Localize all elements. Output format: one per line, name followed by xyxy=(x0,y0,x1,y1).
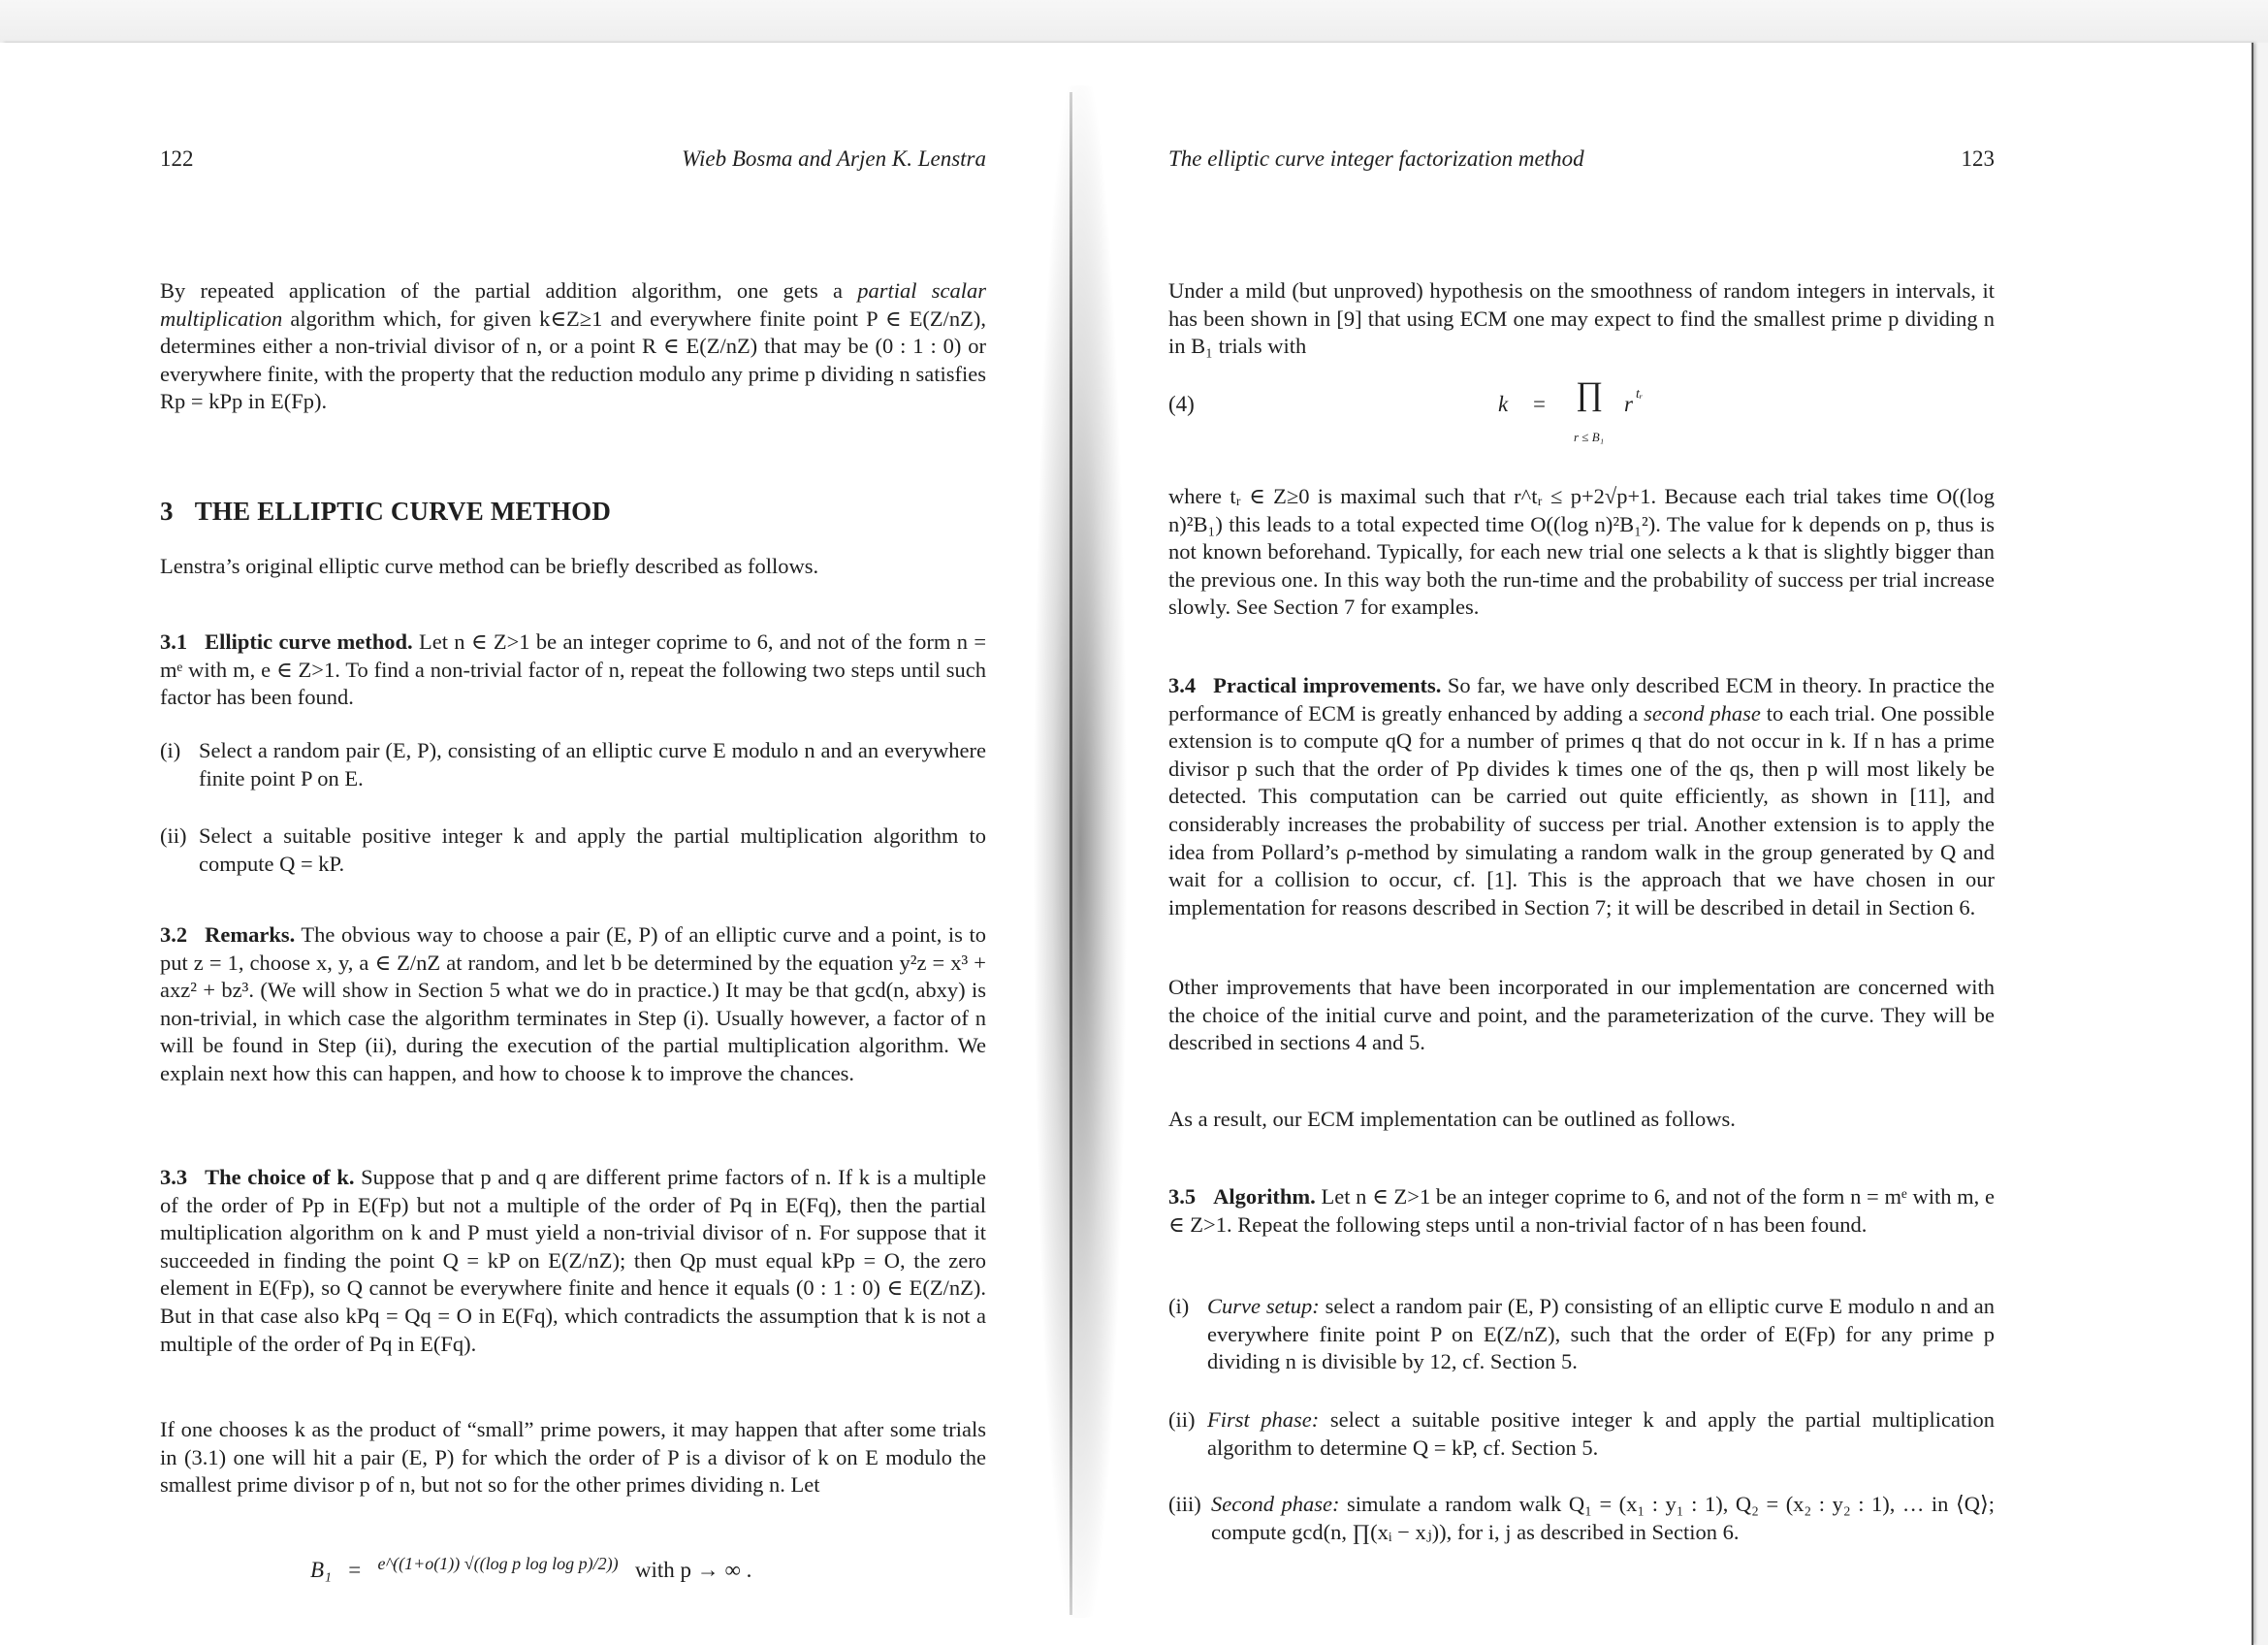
subsection-3-1: 3.1Elliptic curve method. Let n ∈ Z>1 be… xyxy=(160,629,986,712)
equation-4: k = ∏ r ≤ B₁ r tᵣ xyxy=(1498,380,1692,448)
where-paragraph: where tᵣ ∈ Z≥0 is maximal such that r^tᵣ… xyxy=(1168,483,1995,622)
step-ii: (ii)Select a suitable positive integer k… xyxy=(160,822,986,878)
book-gutter-line xyxy=(1070,92,1072,1615)
small-primes-paragraph: If one chooses k as the product of “smal… xyxy=(160,1416,986,1500)
intro-paragraph: By repeated application of the partial a… xyxy=(160,277,986,416)
page-number: 123 xyxy=(1962,145,1996,173)
as-a-result-paragraph: As a result, our ECM implementation can … xyxy=(1168,1106,1995,1134)
subsection-3-4: 3.4Practical improvements. So far, we ha… xyxy=(1168,672,1995,921)
subsection-3-5: 3.5Algorithm. Let n ∈ Z>1 be an integer … xyxy=(1168,1183,1995,1239)
section-heading: 3THE ELLIPTIC CURVE METHOD xyxy=(160,497,611,527)
running-head-title: The elliptic curve integer factorization… xyxy=(1168,145,1584,173)
subsection-3-3: 3.3The choice of k. Suppose that p and q… xyxy=(160,1164,986,1358)
section-intro: Lenstra’s original elliptic curve method… xyxy=(160,553,986,581)
page-number: 122 xyxy=(160,145,194,173)
algorithm-step-ii: (ii)First phase: select a suitable posit… xyxy=(1168,1406,1995,1462)
b1-equation: B₁ = e^((1+o(1)) √((log p log log p)/2))… xyxy=(310,1549,751,1585)
step-i: (i)Select a random pair (E, P), consisti… xyxy=(160,737,986,792)
book-spine-shadow xyxy=(1034,85,1127,1618)
algorithm-step-iii: (iii)Second phase: simulate a random wal… xyxy=(1168,1491,1995,1546)
hypothesis-paragraph: Under a mild (but unproved) hypothesis o… xyxy=(1168,277,1995,361)
algorithm-step-i: (i)Curve setup: select a random pair (E,… xyxy=(1168,1293,1995,1376)
subsection-3-2: 3.2Remarks. The obvious way to choose a … xyxy=(160,921,986,1088)
other-improvements-paragraph: Other improvements that have been incorp… xyxy=(1168,974,1995,1057)
scanner-background xyxy=(0,0,2268,43)
running-head-authors: Wieb Bosma and Arjen K. Lenstra xyxy=(682,145,986,173)
product-symbol: ∏ xyxy=(1576,380,1603,409)
equation-4-label: (4) xyxy=(1168,390,1195,419)
